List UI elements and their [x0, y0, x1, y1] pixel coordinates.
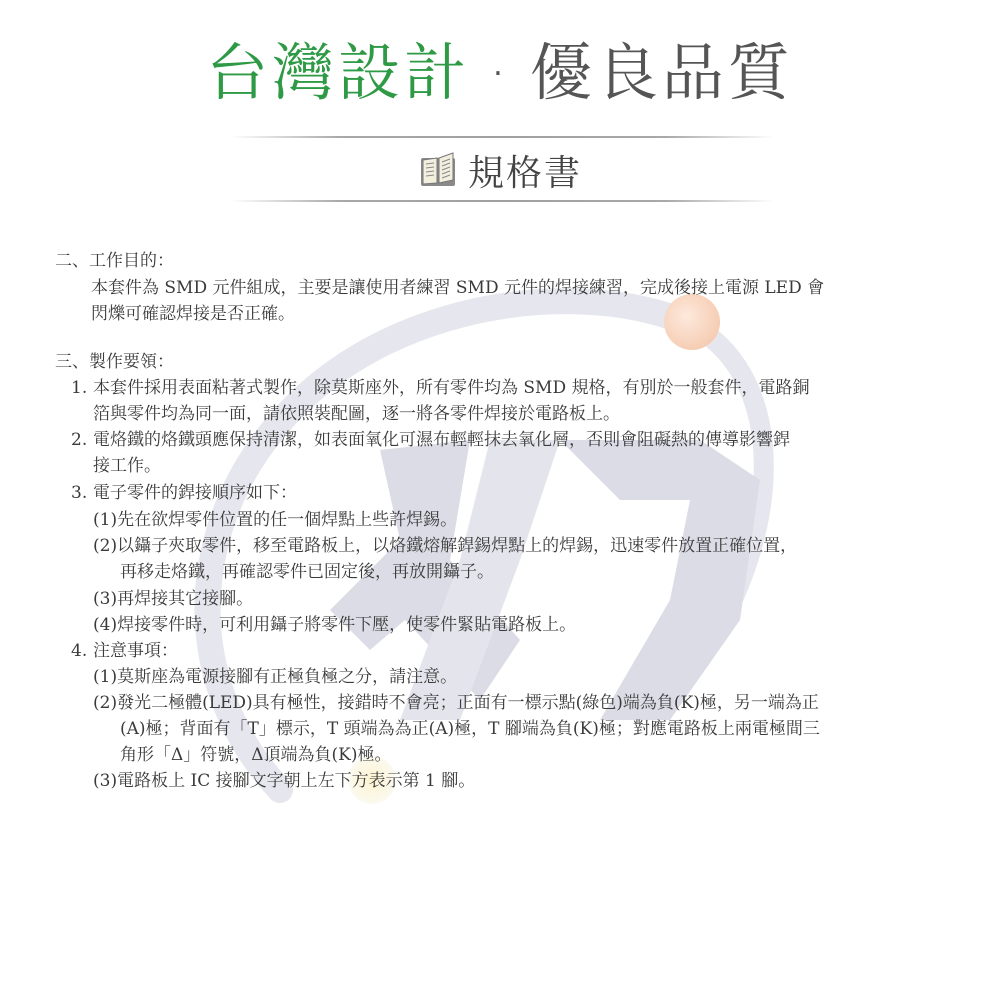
item-line: 注意事項：: [93, 639, 178, 664]
purpose-line: 閃爍可確認焊接是否正確。: [91, 302, 295, 327]
subitem-line: (3)電路板上 IC 接腳文字朝上左下方表示第 1 腳。: [93, 769, 475, 794]
item-number: 3.: [71, 481, 87, 506]
item-line: 本套件採用表面粘著式製作，除莫斯座外，所有零件均為 SMD 規格，有別於一般套件…: [93, 376, 810, 401]
item-number: 1.: [71, 376, 87, 401]
subitem-line: 角形「Δ」符號，Δ頂端為負(K)極。: [120, 743, 392, 768]
item-number: 4.: [71, 639, 87, 664]
section-heading-procedure: 三、製作要領：: [55, 350, 174, 375]
subitem-line: (3)再焊接其它接腳。: [93, 587, 253, 612]
subitem-line: (2)以鑷子夾取零件，移至電路板上，以烙鐵熔解銲錫焊點上的焊錫，迅速零件放置正確…: [93, 534, 797, 559]
section-heading-purpose: 二、工作目的：: [55, 249, 174, 274]
item-line: 箔與零件均為同一面，請依照裝配圖，逐一將各零件焊接於電路板上。: [93, 402, 620, 427]
spec-document: 二、工作目的： 本套件為 SMD 元件組成，主要是讓使用者練習 SMD 元件的焊…: [0, 0, 1000, 1000]
item-line: 電子零件的銲接順序如下：: [93, 481, 297, 506]
item-line: 電烙鐵的烙鐵頭應保持清潔，如表面氧化可濕布輕輕抹去氧化層，否則會阻礙熱的傳導影響…: [93, 428, 790, 453]
subitem-line: 再移走烙鐵，再確認零件已固定後，再放開鑷子。: [120, 560, 494, 585]
item-number: 2.: [71, 428, 87, 453]
subitem-line: (4)焊接零件時，可利用鑷子將零件下壓，使零件緊貼電路板上。: [93, 613, 576, 638]
item-line: 接工作。: [93, 454, 161, 479]
purpose-line: 本套件為 SMD 元件組成，主要是讓使用者練習 SMD 元件的焊接練習，完成後接…: [91, 276, 824, 301]
subitem-line: (1)莫斯座為電源接腳有正極負極之分，請注意。: [93, 665, 457, 690]
subitem-line: (1)先在欲焊零件位置的任一個焊點上些許焊錫。: [93, 508, 457, 533]
subitem-line: (2)發光二極體(LED)具有極性，接錯時不會亮；正面有一標示點(綠色)端為負(…: [93, 691, 819, 716]
subitem-line: (A)極；背面有「T」標示，T 頭端為為正(A)極，T 腳端為負(K)極；對應電…: [120, 717, 820, 742]
